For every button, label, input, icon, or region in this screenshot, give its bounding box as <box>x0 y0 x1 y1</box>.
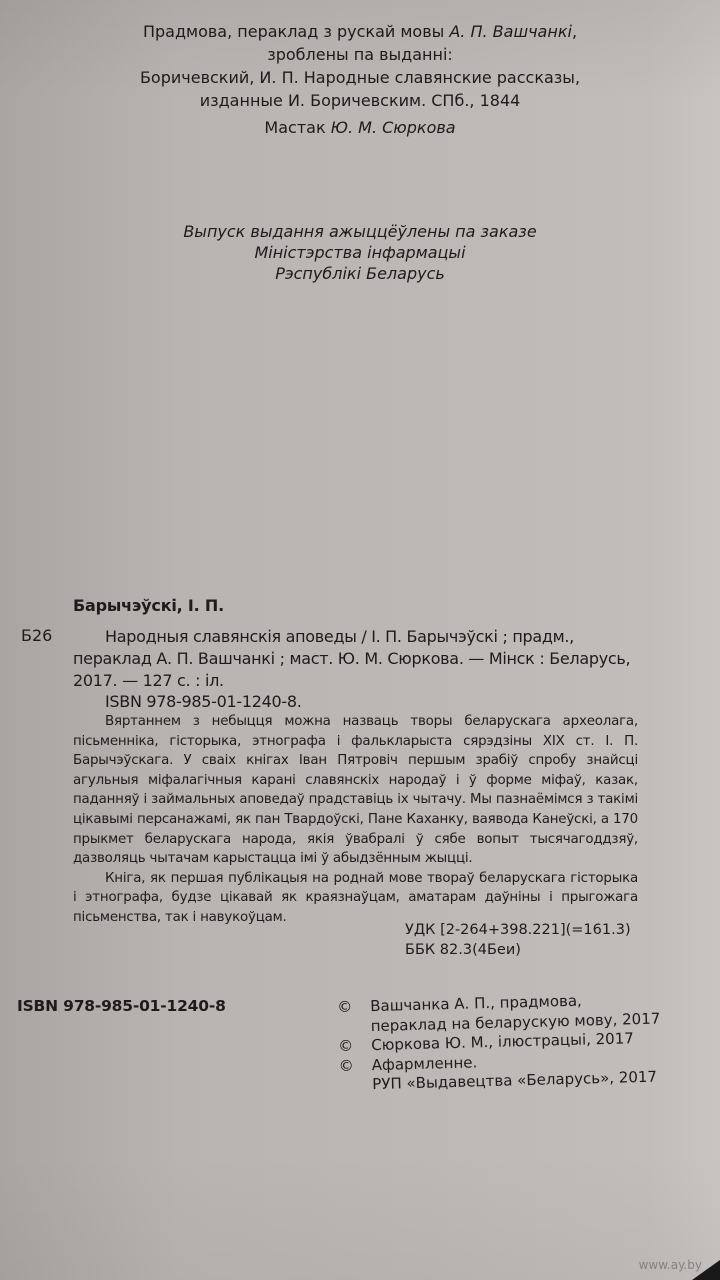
watermark: www.ay.by <box>639 1258 702 1272</box>
catalog-isbn: ISBN 978-985-01-1240-8. <box>105 692 302 711</box>
release-line: Рэспублікі Беларусь <box>0 263 720 284</box>
catalog-code: Б26 <box>21 626 52 645</box>
copyright-icon: © <box>337 997 371 1037</box>
credits-line-4: изданные И. Боричевским. СПб., 1844 <box>0 89 720 112</box>
credits-line-1: Прадмова, пераклад з рускай мовы А. П. В… <box>0 20 720 43</box>
copyright-entry: © Афармленне.РУП «Выдавецтва «Беларусь»,… <box>339 1048 680 1096</box>
release-line: Выпуск выдання ажыццёўлены па заказе <box>0 221 720 242</box>
copyright-block: © Вашчанка А. П., прадмова,пераклад на б… <box>337 989 679 1095</box>
classification: УДК [2-264+398.221](=161.3) ББК 82.3(4Бе… <box>405 920 631 960</box>
artist-name: Ю. М. Сюркова <box>331 118 456 137</box>
artist-credit: Мастак Ю. М. Сюркова <box>0 118 720 137</box>
translation-credits: Прадмова, пераклад з рускай мовы А. П. В… <box>0 20 720 112</box>
copyright-icon: © <box>338 1036 371 1056</box>
translator-name: А. П. Вашчанкі <box>449 22 572 41</box>
bbk-code: ББК 82.3(4Беи) <box>405 940 631 960</box>
abstract-paragraph: Кніга, як першая публікацыя на роднай мо… <box>73 869 638 928</box>
isbn-main: ISBN 978-985-01-1240-8 <box>17 997 226 1015</box>
release-line: Міністэрства інфармацыі <box>0 242 720 263</box>
catalog-entry: Народныя славянскія аповеды / І. П. Бары… <box>73 626 638 692</box>
credits-line-3: Боричевский, И. П. Народные славянские р… <box>0 66 720 89</box>
abstract: Вяртаннем з небыцця можна назваць творы … <box>73 712 638 928</box>
abstract-paragraph: Вяртаннем з небыцця можна назваць творы … <box>73 712 638 869</box>
credits-line-2: зроблены па выданні: <box>0 43 720 66</box>
copyright-icon: © <box>339 1056 373 1096</box>
catalog-author: Барычэўскі, І. П. <box>73 596 224 615</box>
udk-code: УДК [2-264+398.221](=161.3) <box>405 920 631 940</box>
release-note: Выпуск выдання ажыццёўлены па заказе Мін… <box>0 221 720 284</box>
